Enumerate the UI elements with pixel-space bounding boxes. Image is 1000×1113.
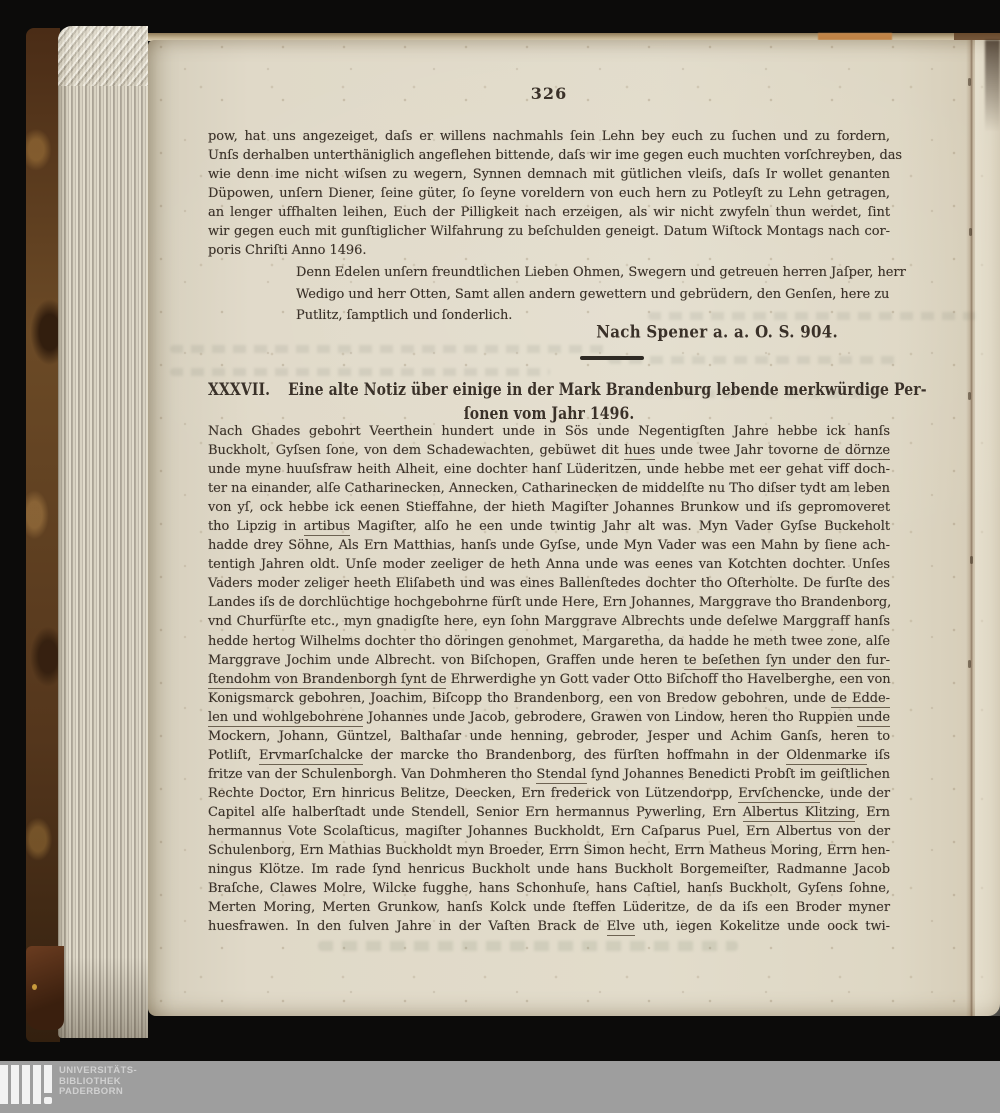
text-line: unde myne huuſsfraw heith Alheit, eine d… <box>208 460 890 479</box>
next-page-sliver <box>975 40 1000 1016</box>
pencil-underline: artibus <box>304 519 350 536</box>
text-line: tho Lipzig in artibus Magiſter, alſo he … <box>208 517 890 536</box>
logo-bar-dot <box>44 1097 52 1104</box>
pencil-underline: hues <box>624 443 655 460</box>
text-line: wir gegen euch mit gunſtiglicher Wilfahr… <box>208 222 890 241</box>
letter-paragraph: pow, hat uns angezeiget, daſs er willens… <box>208 127 890 260</box>
pencil-underline: unde <box>857 710 890 727</box>
pencil-underline: Elve <box>607 919 636 936</box>
text-line: Schulenborg, Ern Mathias Buckholdt myn B… <box>208 841 890 860</box>
pencil-underline: len und wohlgebohrene <box>208 710 363 727</box>
pencil-underline: Ervſchencke <box>738 786 820 803</box>
text-line: Marggrave Jochim unde Albrecht. von Biſc… <box>208 651 890 670</box>
text-line: Nach Ghades gebohrt Veerthein hundert un… <box>208 422 890 441</box>
text-line: len und wohlgebohrene Johannes unde Jaco… <box>208 708 890 727</box>
text-line: Landes iſs de dorchlüchtige hochgebohrne… <box>208 593 890 612</box>
text-line: huesfrawen. In den ſulven Jahre in der V… <box>208 917 890 936</box>
pencil-underline: Albertus Klitzing <box>743 805 856 822</box>
text-line: Mockern, Johann, Güntzel, Balthaſar unde… <box>208 727 890 746</box>
gutter-speck <box>968 392 971 400</box>
text-line: Braſche, Clawes Molre, Wilcke fugghe, ha… <box>208 879 890 898</box>
text-line: fritze van der Schulenborgh. Van Dohmher… <box>208 765 890 784</box>
text-line: Denn Edelen unſern freundtlichen Lieben … <box>296 262 884 284</box>
source-attribution: Nach Spener a. a. O. S. 904. <box>208 322 890 342</box>
pencil-underline: te beſethen ſyn under den fur- <box>684 653 890 670</box>
pencil-underline: de dörnze <box>824 443 890 460</box>
text-line: an lenger uffhalten leihen, Euch der Pil… <box>208 203 890 222</box>
text-line: pow, hat uns angezeiget, daſs er willens… <box>208 127 890 146</box>
book-page: 326 pow, hat uns angezeiget, daſs er wil… <box>148 40 1000 1016</box>
logo-bar <box>44 1065 52 1093</box>
watermark-band: UNIVERSITÄTS- BIBLIOTHEK PADERBORN <box>0 1061 1000 1113</box>
text-line: poris Chriſti Anno 1496. <box>208 241 890 260</box>
gutter-speck <box>968 78 971 86</box>
text-line: Buckholt, Gyſsen ſone, von dem Schadewac… <box>208 441 890 460</box>
bleedthrough-stamp <box>318 941 738 951</box>
text-line: Rechte Doctor, Ern hinricus Belitze, Dee… <box>208 784 890 803</box>
text-line: Merten Moring, Merten Grunkow, hanſs Kol… <box>208 898 890 917</box>
book-spine-corner <box>26 946 64 1030</box>
text-line: ningus Klötze. Im rade ſynd henricus Buc… <box>208 860 890 879</box>
scan-viewport: { "colors": { "paper": "#e0d9c8", "ink":… <box>0 0 1000 1113</box>
text-line: Capitel alſe halberſtadt unde Stendell, … <box>208 803 890 822</box>
text-line: hermannus Vote Scolaſticus, magiſter Joh… <box>208 822 890 841</box>
logo-bar <box>33 1065 41 1104</box>
gutter-shadow-top <box>985 40 1000 132</box>
text-line: hedde hertog Wilhelms dochter tho döring… <box>208 632 890 651</box>
text-line: hadde drey Söhne, Als Ern Matthias, hanſ… <box>208 536 890 555</box>
book-scan: 326 pow, hat uns angezeiget, daſs er wil… <box>0 0 1000 1113</box>
pencil-underline: Stendal <box>536 767 586 784</box>
page-edge-stack-corner <box>58 26 148 86</box>
text-line: Wedigo und herr Otten, Samt allen andern… <box>296 284 884 306</box>
text-line: ſtendohm von Brandenborgh ſynt de Ehrwer… <box>208 670 890 689</box>
page-number: 326 <box>208 84 890 103</box>
library-name: UNIVERSITÄTS- BIBLIOTHEK PADERBORN <box>59 1066 137 1098</box>
text-line: Unſs derhalben unterthäniglich angeflehe… <box>208 146 890 165</box>
main-paragraph: Nach Ghades gebohrt Veerthein hundert un… <box>208 422 890 936</box>
letter-closing-quote: Denn Edelen unſern freundtlichen Lieben … <box>296 262 884 327</box>
pencil-underline: ſtendohm von Brandenborgh ſynt de <box>208 672 446 689</box>
text-line: Düpowen, unſern Diener, ſeine güter, ſo … <box>208 184 890 203</box>
gutter-speck <box>969 228 972 236</box>
library-name-line3: PADERBORN <box>59 1087 137 1098</box>
section-divider-rule <box>580 356 644 360</box>
text-line: Potliſt, Ervmarſchalcke der marcke tho B… <box>208 746 890 765</box>
logo-bar <box>22 1065 30 1104</box>
pencil-underline: de Edde- <box>831 691 890 708</box>
text-line: Vaders moder zeliger heeth Eliſabeth und… <box>208 574 890 593</box>
text-line: Konigsmarck gebohren, Joachim, Biſcopp t… <box>208 689 890 708</box>
bleedthrough-mark <box>170 368 550 376</box>
pencil-underline: Oldenmarke <box>786 748 867 765</box>
page-edge-stain <box>818 33 892 40</box>
page-edge-stack <box>58 26 148 1038</box>
text-line: wie denn ime nicht wiſsen zu wegern, Syn… <box>208 165 890 184</box>
gutter-speck <box>968 660 971 668</box>
text-line: tentigh Jahren oldt. Unſe moder zeeliger… <box>208 555 890 574</box>
library-logo-icon <box>0 1065 52 1110</box>
bleedthrough-mark <box>170 345 610 353</box>
bleedthrough-mark <box>608 356 898 364</box>
book-cover-marbled-edge <box>26 28 60 1042</box>
text-line: ter na einander, alſe Catharinecken, Ann… <box>208 479 890 498</box>
gold-fleck <box>32 984 37 990</box>
logo-bar <box>11 1065 19 1104</box>
library-name-line1: UNIVERSITÄTS- <box>59 1066 137 1077</box>
section-heading: XXXVII. Eine alte Notiz über einige in d… <box>208 376 890 424</box>
pencil-underline: Ervmarſchalcke <box>259 748 363 765</box>
text-line: von yſ, ock hebbe ick eenen Stieffahne, … <box>208 498 890 517</box>
text-line: vnd Churfürſte etc., myn gnadigſte here,… <box>208 612 890 631</box>
logo-bar <box>0 1065 8 1104</box>
gutter-speck <box>970 556 973 564</box>
